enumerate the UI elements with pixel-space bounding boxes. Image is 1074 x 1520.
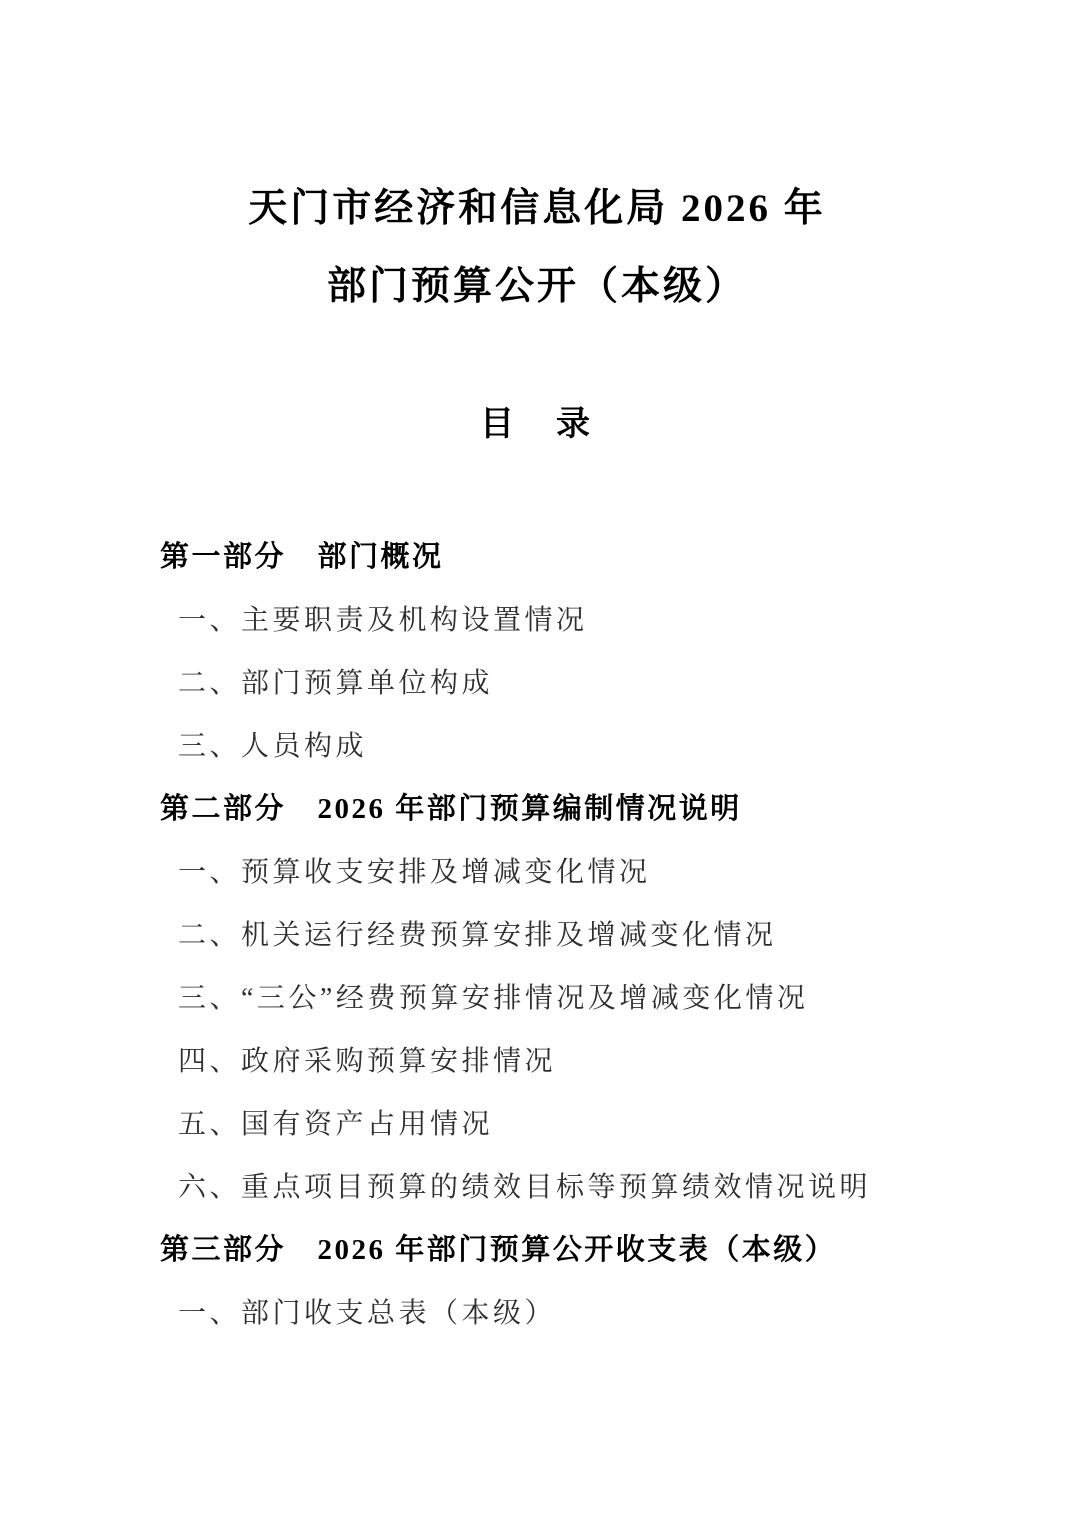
toc-item: 一、部门收支总表（本级）: [160, 1282, 934, 1345]
toc-list: 第一部分 部门概况 一、主要职责及机构设置情况 二、部门预算单位构成 三、人员构…: [0, 526, 1074, 1345]
toc-item: 一、预算收支安排及增减变化情况: [160, 841, 934, 904]
document-title-block: 天门市经济和信息化局 2026 年 部门预算公开（本级）: [0, 0, 1074, 308]
toc-item: 六、重点项目预算的绩效目标等预算绩效情况说明: [160, 1156, 934, 1219]
document-title-line2: 部门预算公开（本级）: [0, 266, 1074, 308]
document-title-line1: 天门市经济和信息化局 2026 年: [0, 188, 1074, 230]
toc-item: 一、主要职责及机构设置情况: [160, 589, 934, 652]
toc-part2-heading: 第二部分 2026 年部门预算编制情况说明: [160, 778, 934, 841]
document-page: 天门市经济和信息化局 2026 年 部门预算公开（本级） 目 录 第一部分 部门…: [0, 0, 1074, 1520]
toc-part3-heading: 第三部分 2026 年部门预算公开收支表（本级）: [160, 1219, 934, 1282]
toc-title: 目 录: [0, 406, 1074, 444]
toc-item: 二、机关运行经费预算安排及增减变化情况: [160, 904, 934, 967]
toc-part1-heading: 第一部分 部门概况: [160, 526, 934, 589]
toc-item: 二、部门预算单位构成: [160, 652, 934, 715]
toc-item: 三、人员构成: [160, 715, 934, 778]
toc-item: 三、“三公”经费预算安排情况及增减变化情况: [160, 967, 934, 1030]
toc-item: 五、国有资产占用情况: [160, 1093, 934, 1156]
toc-item: 四、政府采购预算安排情况: [160, 1030, 934, 1093]
